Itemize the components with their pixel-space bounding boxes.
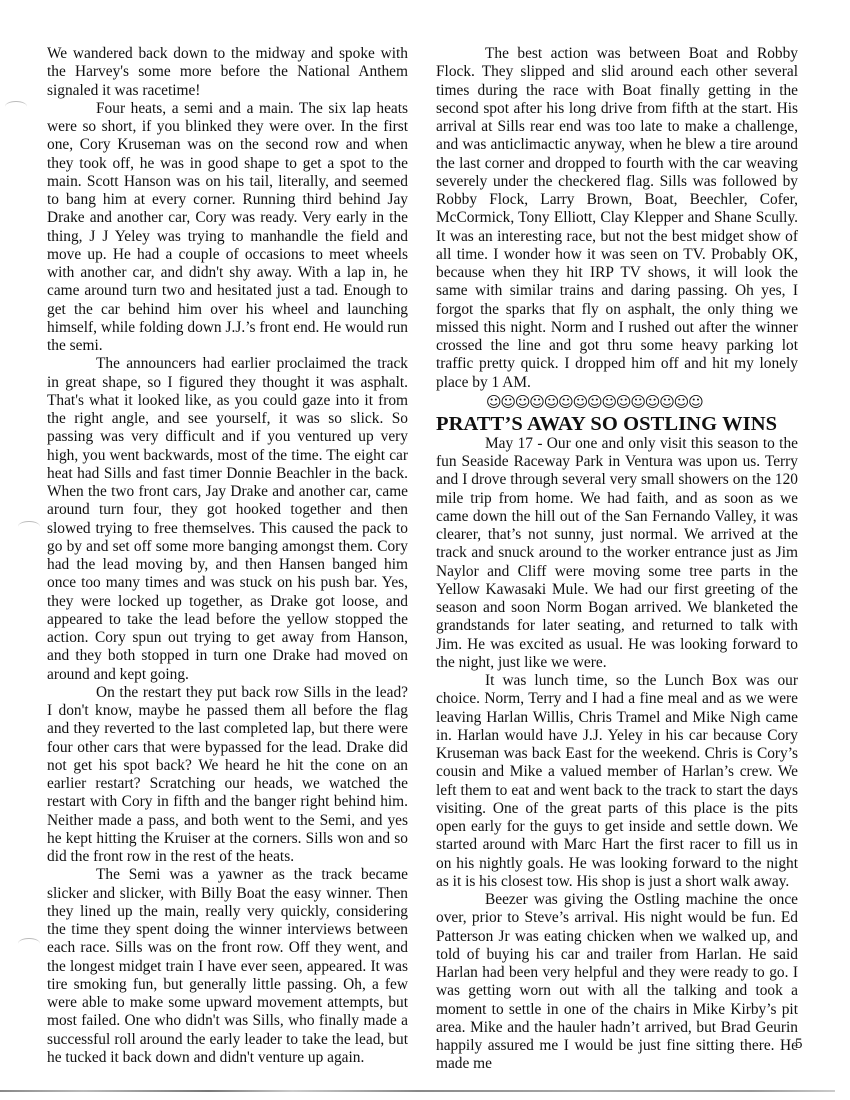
margin-scan-mark	[18, 521, 40, 532]
paragraph: It was lunch time, so the Lunch Box was …	[436, 672, 798, 891]
article-headline: PRATT’S AWAY SO OSTLING WINS	[436, 413, 798, 435]
newsletter-page: We wandered back down to the midway and …	[0, 0, 850, 1100]
margin-scan-mark	[18, 938, 40, 949]
page-number: 5	[795, 1036, 803, 1053]
paragraph: Beezer was giving the Ostling machine th…	[436, 891, 798, 1074]
paragraph: May 17 - Our one and only visit this sea…	[436, 435, 798, 672]
left-column: We wandered back down to the midway and …	[47, 45, 408, 1067]
paragraph: On the restart they put back row Sills i…	[47, 684, 408, 867]
paragraph: The Semi was a yawner as the track becam…	[47, 866, 408, 1067]
paragraph: The announcers had earlier proclaimed th…	[47, 355, 408, 684]
paragraph: The best action was between Boat and Rob…	[436, 45, 798, 392]
smiley-face-icon: ☺☺☺☺☺☺☺☺☺☺☺☺☺☺☺	[436, 393, 798, 412]
paragraph: We wandered back down to the midway and …	[47, 45, 408, 100]
right-column: The best action was between Boat and Rob…	[436, 45, 798, 1074]
paragraph: Four heats, a semi and a main. The six l…	[47, 100, 408, 356]
margin-scan-mark	[5, 101, 27, 112]
bottom-scan-edge	[0, 1090, 835, 1092]
